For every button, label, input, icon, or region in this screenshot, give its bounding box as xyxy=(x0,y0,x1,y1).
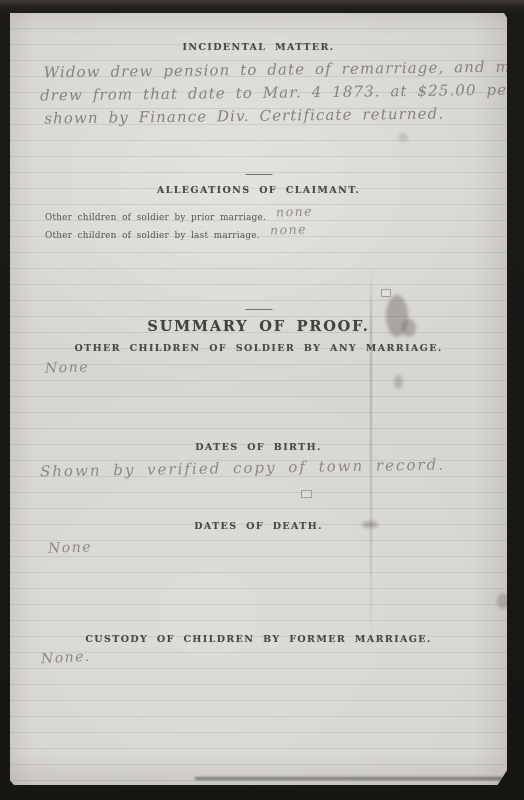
vertical-fold-crease xyxy=(370,268,372,648)
paper-smudge xyxy=(398,133,408,142)
field-row-last-marriage: Other children of soldier by last marria… xyxy=(45,223,307,242)
section-divider-2 xyxy=(245,309,272,310)
field-label-last-marriage: Other children of soldier by last marria… xyxy=(45,231,260,241)
section-heading-custody: CUSTODY OF CHILDREN BY FORMER MARRIAGE. xyxy=(10,634,507,645)
bottom-edge-fold-shadow xyxy=(195,777,503,780)
section-heading-allegations: ALLEGATIONS OF CLAIMANT. xyxy=(10,185,507,196)
document-page: INCIDENTAL MATTER. Widow drew pension to… xyxy=(10,13,507,785)
small-square-mark xyxy=(381,289,391,297)
field-value-prior-marriage: none xyxy=(276,203,314,219)
small-square-mark xyxy=(301,490,312,498)
handwritten-incidental-note: Widow drew pension to date of remarriage… xyxy=(44,55,524,131)
field-row-prior-marriage: Other children of soldier by prior marri… xyxy=(45,205,313,224)
section-heading-dates-of-death: DATES OF DEATH. xyxy=(10,521,507,532)
ink-stain xyxy=(402,319,416,337)
edge-smudge xyxy=(497,593,509,609)
field-value-last-marriage: none xyxy=(269,221,307,237)
ink-stain xyxy=(394,375,403,389)
section-heading-incidental-matter: INCIDENTAL MATTER. xyxy=(10,42,507,53)
section-subheading-other-children-any-marriage: OTHER CHILDREN OF SOLDIER BY ANY MARRIAG… xyxy=(10,343,507,354)
section-heading-dates-of-birth: DATES OF BIRTH. xyxy=(10,442,507,453)
pencil-smudge xyxy=(362,521,378,528)
handwritten-answer-summary: None xyxy=(45,359,90,377)
section-divider-1 xyxy=(245,174,272,175)
handwritten-answer-custody: None. xyxy=(41,649,92,668)
section-heading-summary-of-proof: SUMMARY OF PROOF. xyxy=(10,318,507,335)
field-label-prior-marriage: Other children of soldier by prior marri… xyxy=(45,213,266,223)
handwritten-answer-dates-of-death: None xyxy=(48,539,93,557)
handwritten-answer-dates-of-birth: Shown by verified copy of town record. xyxy=(40,455,445,480)
scanned-document: INCIDENTAL MATTER. Widow drew pension to… xyxy=(0,0,524,800)
